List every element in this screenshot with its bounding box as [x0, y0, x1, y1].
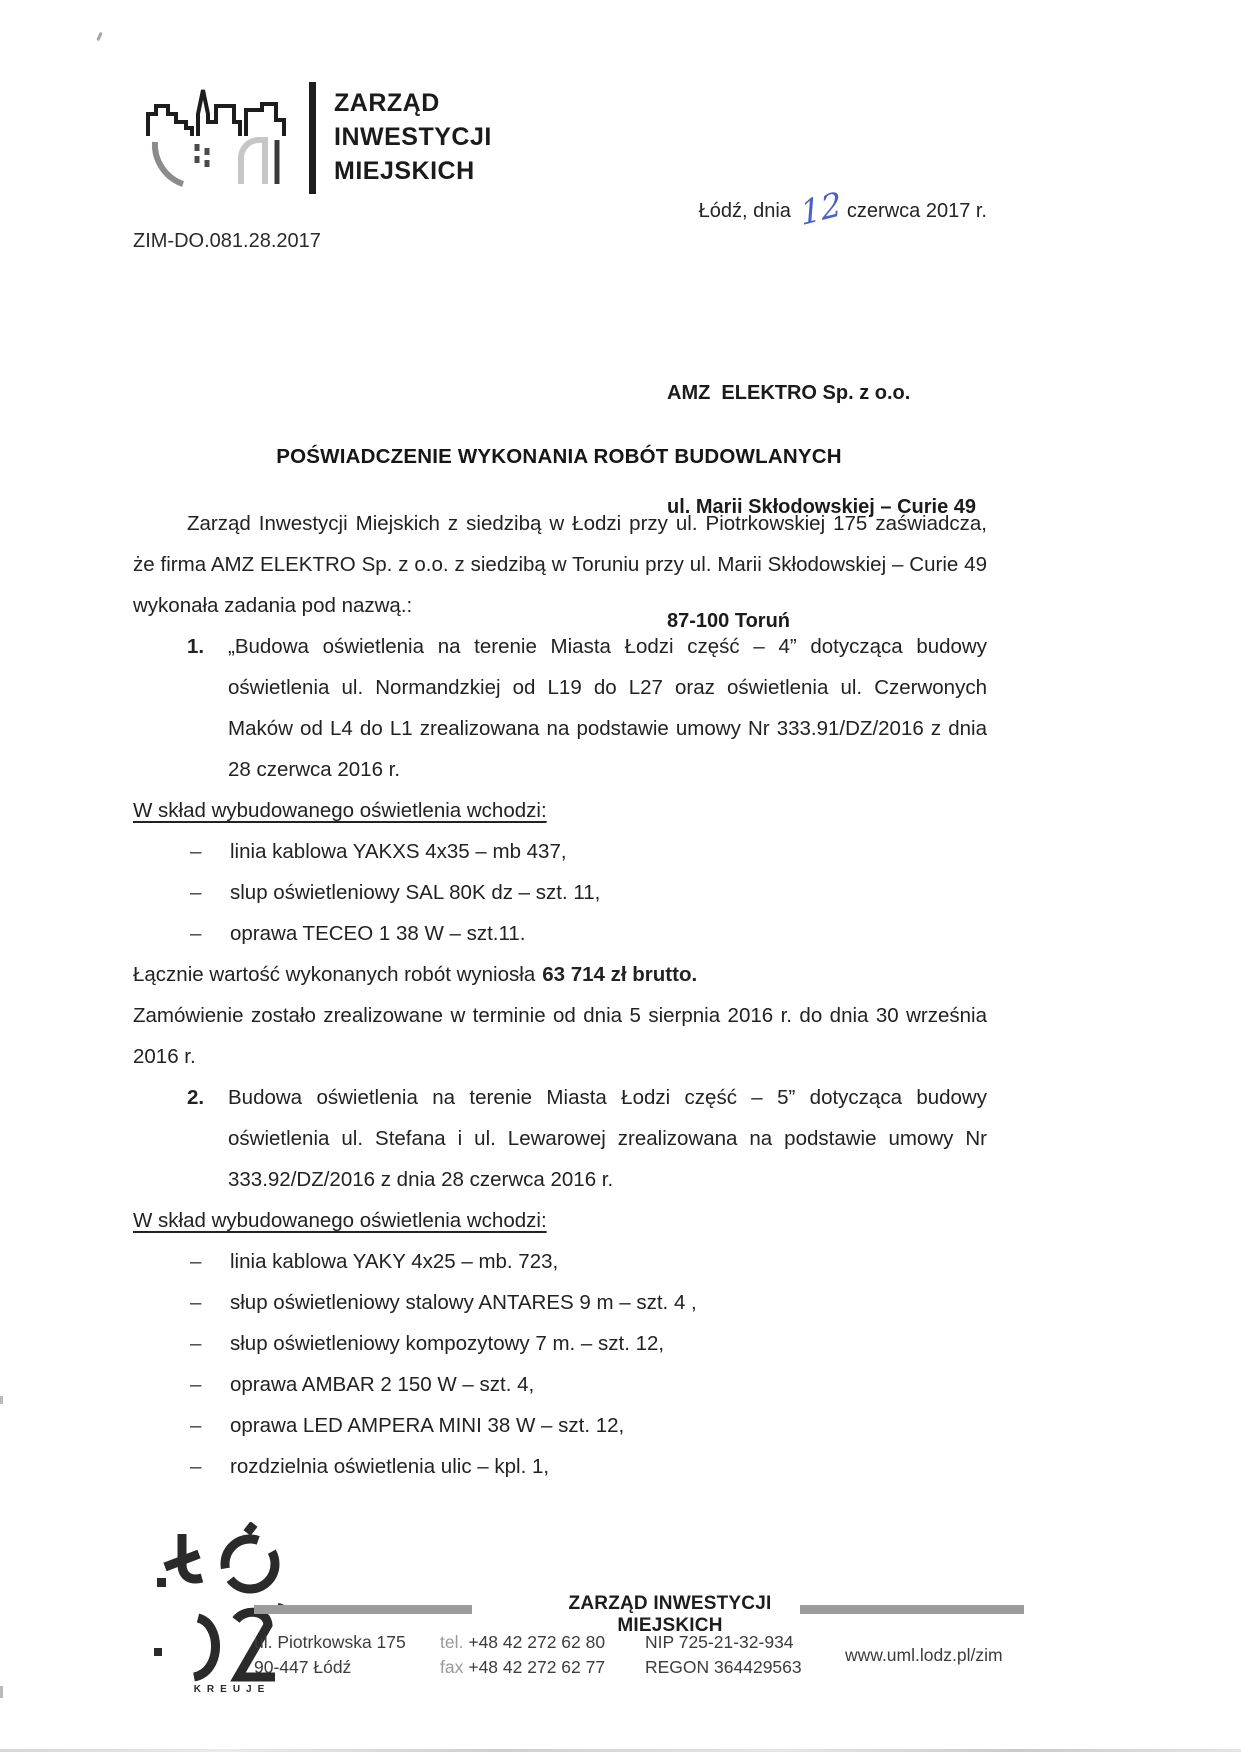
- scan-edge-mark: [0, 1396, 3, 1404]
- total-amount: 63 714 zł brutto.: [542, 963, 697, 986]
- date-suffix: czerwca 2017 r.: [847, 200, 987, 222]
- dash-marker: –: [190, 1405, 201, 1446]
- task-text: „Budowa oświetlenia na terenie Miasta Ło…: [228, 635, 987, 781]
- list-item: –oprawa LED AMPERA MINI 38 W – szt. 12,: [133, 1405, 987, 1446]
- list-item: –linia kablowa YAKXS 4x35 – mb 437,: [133, 831, 987, 872]
- list-item: –linia kablowa YAKY 4x25 – mb. 723,: [133, 1241, 987, 1282]
- dash-marker: –: [190, 1364, 201, 1405]
- date-prefix: Łódź, dnia: [699, 200, 791, 222]
- dash-marker: –: [190, 1446, 201, 1487]
- tel-label: tel.: [440, 1632, 463, 1652]
- total-prefix: Łącznie wartość wykonanych robót wyniosł…: [133, 963, 535, 986]
- list-item-text: linia kablowa YAKXS 4x35 – mb 437,: [230, 840, 567, 863]
- scan-speck: [96, 32, 102, 41]
- dash-marker: –: [190, 913, 201, 954]
- task-number: 2.: [187, 1077, 204, 1118]
- task-item-2: 2.Budowa oświetlenia na terenie Miasta Ł…: [133, 1077, 987, 1200]
- footer-website: www.uml.lodz.pl/zim: [845, 1645, 1003, 1666]
- footer-registry-block: NIP 725-21-32-934 REGON 364429563: [645, 1630, 802, 1680]
- footer-regon: REGON 364429563: [645, 1655, 802, 1680]
- task-text: Budowa oświetlenia na terenie Miasta Łod…: [228, 1086, 987, 1191]
- footer-city: 90-447 Łódź: [254, 1655, 406, 1680]
- handwritten-day: 12: [799, 194, 842, 224]
- dash-marker: –: [190, 1323, 201, 1364]
- dash-marker: –: [190, 872, 201, 913]
- list-item: –słup oświetleniowy stalowy ANTARES 9 m …: [133, 1282, 987, 1323]
- fax-value: +48 42 272 62 77: [468, 1657, 605, 1677]
- list-item-text: rozdzielnia oświetlenia ulic – kpl. 1,: [230, 1455, 549, 1478]
- task-item-1: 1.„Budowa oświetlenia na terenie Miasta …: [133, 626, 987, 790]
- zim-city-skyline-icon: [145, 82, 295, 194]
- list-item-text: linia kablowa YAKY 4x25 – mb. 723,: [230, 1250, 558, 1273]
- list-item-text: slup oświetleniowy SAL 80K dz – szt. 11,: [230, 881, 600, 904]
- list-item-text: oprawa AMBAR 2 150 W – szt. 4,: [230, 1373, 534, 1396]
- total-value-line: Łącznie wartość wykonanych robót wyniosł…: [133, 954, 987, 995]
- footer-nip: NIP 725-21-32-934: [645, 1630, 802, 1655]
- list-item: –slup oświetleniowy SAL 80K dz – szt. 11…: [133, 872, 987, 913]
- task-number: 1.: [187, 626, 204, 667]
- list-item: –oprawa TECEO 1 38 W – szt.11.: [133, 913, 987, 954]
- lodz-logo-caption: KREUJE: [194, 1684, 271, 1695]
- scope-heading-2: W skład wybudowanego oświetlenia wchodzi…: [133, 1200, 987, 1241]
- org-name-line: MIEJSKICH: [334, 154, 492, 188]
- logo-divider-bar: [309, 82, 316, 194]
- org-name-line: ZARZĄD: [334, 86, 492, 120]
- footer-tel-line: tel.+48 42 272 62 80: [440, 1630, 605, 1655]
- document-title: POŚWIADCZENIE WYKONANIA ROBÓT BUDOWLANYC…: [133, 445, 985, 469]
- footer-rule-left: [254, 1605, 472, 1614]
- org-name-block: ZARZĄD INWESTYCJI MIEJSKICH: [334, 82, 492, 188]
- list-item: –rozdzielnia oświetlenia ulic – kpl. 1,: [133, 1446, 987, 1487]
- dash-marker: –: [190, 1282, 201, 1323]
- footer-phone-block: tel.+48 42 272 62 80 fax+48 42 272 62 77: [440, 1630, 605, 1680]
- dash-marker: –: [190, 831, 201, 872]
- footer-street: ul. Piotrkowska 175: [254, 1630, 406, 1655]
- tel-value: +48 42 272 62 80: [468, 1632, 605, 1652]
- completion-line: Zamówienie zostało zrealizowane w termin…: [133, 995, 987, 1077]
- list-item: –słup oświetleniowy kompozytowy 7 m. – s…: [133, 1323, 987, 1364]
- list-item-text: oprawa TECEO 1 38 W – szt.11.: [230, 922, 525, 945]
- list-item-text: oprawa LED AMPERA MINI 38 W – szt. 12,: [230, 1414, 624, 1437]
- scanned-letter-page: ZARZĄD INWESTYCJI MIEJSKICH Łódź, dnia12…: [0, 0, 1241, 1755]
- scan-bottom-edge: [0, 1749, 1241, 1752]
- footer-address: ul. Piotrkowska 175 90-447 Łódź: [254, 1630, 406, 1680]
- zim-letterhead-logo: ZARZĄD INWESTYCJI MIEJSKICH: [145, 82, 492, 194]
- date-line: Łódź, dnia12czerwca 2017 r.: [699, 196, 987, 223]
- scope-heading-1: W skład wybudowanego oświetlenia wchodzi…: [133, 790, 987, 831]
- list-item-text: słup oświetleniowy stalowy ANTARES 9 m –…: [230, 1291, 697, 1314]
- dash-marker: –: [190, 1241, 201, 1282]
- addressee-company: AMZ ELEKTRO Sp. z o.o.: [667, 374, 976, 412]
- org-name-line: INWESTYCJI: [334, 120, 492, 154]
- intro-paragraph: Zarząd Inwestycji Miejskich z siedzibą w…: [133, 503, 987, 626]
- scan-edge-mark: [0, 1686, 3, 1698]
- list-item-text: słup oświetleniowy kompozytowy 7 m. – sz…: [230, 1332, 664, 1355]
- letter-body: Zarząd Inwestycji Miejskich z siedzibą w…: [133, 503, 987, 1487]
- list-item: –oprawa AMBAR 2 150 W – szt. 4,: [133, 1364, 987, 1405]
- fax-label: fax: [440, 1657, 463, 1677]
- footer-rule-right: [800, 1605, 1024, 1614]
- reference-number: ZIM-DO.081.28.2017: [133, 230, 321, 253]
- footer-fax-line: fax+48 42 272 62 77: [440, 1655, 605, 1680]
